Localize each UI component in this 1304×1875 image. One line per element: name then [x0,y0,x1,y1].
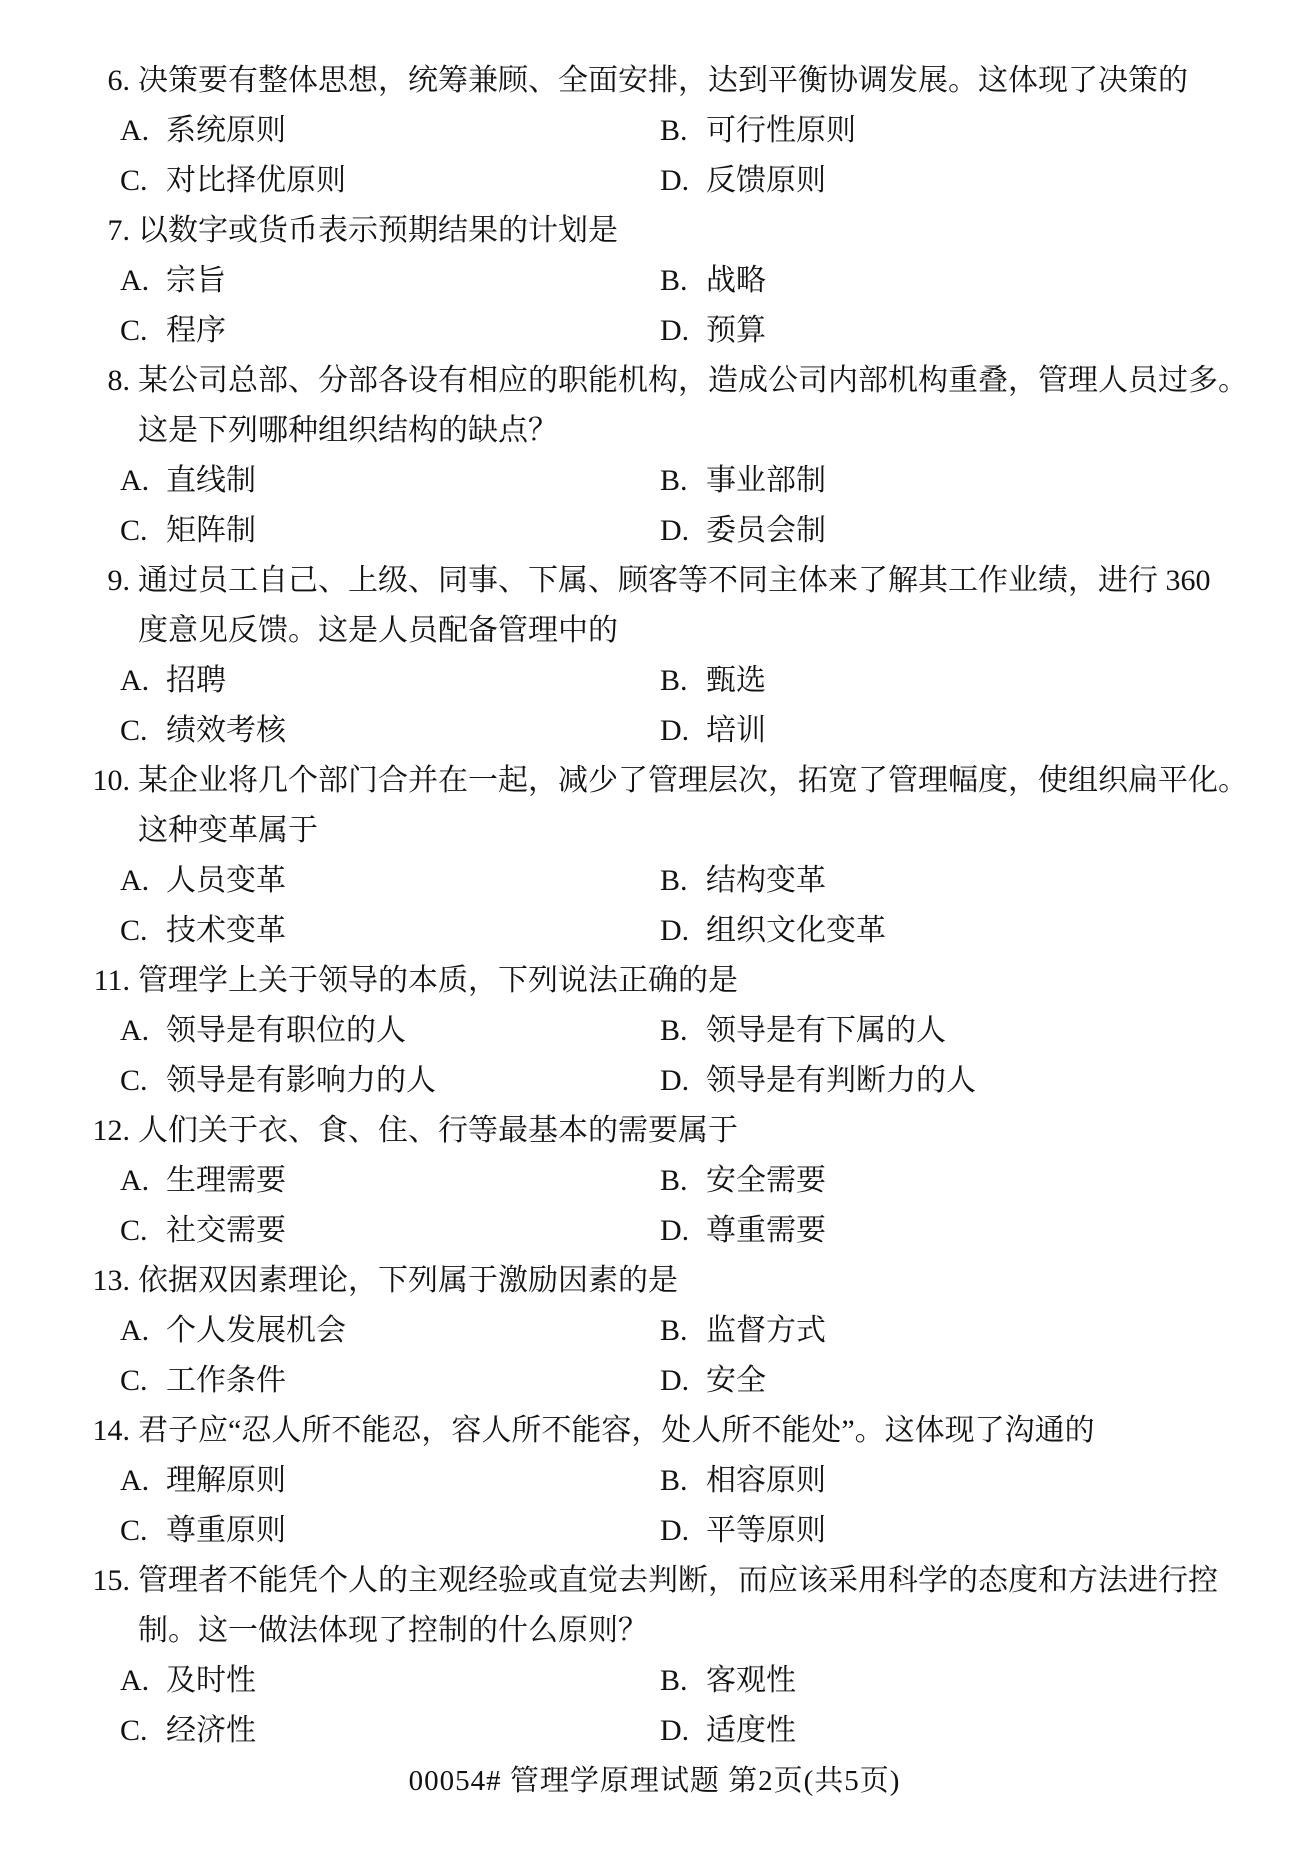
option-text: 结构变革 [706,856,826,906]
question-number: 9. [60,556,130,606]
option-item: A.生理需要 [120,1156,660,1206]
question-stem: 7. 以数字或货币表示预期结果的计划是 [60,206,1249,256]
options-grid: A.直线制 B.事业部制 C.矩阵制 D.委员会制 [120,456,1249,556]
option-item: C.尊重原则 [120,1506,660,1556]
question-number: 11. [60,956,130,1006]
option-item: B.可行性原则 [660,106,1249,156]
stem-line: 这种变革属于 [138,806,1249,856]
option-text: 战略 [706,256,766,306]
option-item: D.预算 [660,306,1249,356]
option-letter: A. [120,1306,166,1356]
question-stem: 6. 决策要有整体思想，统筹兼顾、全面安排，达到平衡协调发展。这体现了决策的 [60,56,1249,106]
option-letter: D. [660,1506,706,1556]
option-letter: D. [660,1056,706,1106]
question-number: 10. [60,756,130,806]
options-grid: A.系统原则 B.可行性原则 C.对比择优原则 D.反馈原则 [120,106,1249,206]
option-item: B.领导是有下属的人 [660,1006,1249,1056]
option-item: A.理解原则 [120,1456,660,1506]
option-item: C.对比择优原则 [120,156,660,206]
option-letter: A. [120,1006,166,1056]
question-stem: 12. 人们关于衣、食、住、行等最基本的需要属于 [60,1106,1249,1156]
option-item: A.系统原则 [120,106,660,156]
option-text: 平等原则 [706,1506,826,1556]
question-item-12: 12. 人们关于衣、食、住、行等最基本的需要属于 A.生理需要 B.安全需要 C… [60,1106,1249,1256]
question-item-7: 7. 以数字或货币表示预期结果的计划是 A.宗旨 B.战略 C.程序 D.预算 [60,206,1249,356]
option-text: 工作条件 [166,1356,286,1406]
stem-lines: 人们关于衣、食、住、行等最基本的需要属于 [138,1106,1249,1156]
option-letter: A. [120,1456,166,1506]
options-grid: A.生理需要 B.安全需要 C.社交需要 D.尊重需要 [120,1156,1249,1256]
option-item: D.培训 [660,706,1249,756]
option-item: A.人员变革 [120,856,660,906]
option-letter: D. [660,506,706,556]
option-letter: D. [660,1356,706,1406]
option-text: 个人发展机会 [166,1306,346,1356]
option-letter: C. [120,1056,166,1106]
stem-lines: 某企业将几个部门合并在一起，减少了管理层次，拓宽了管理幅度，使组织扁平化。 这种… [138,756,1249,856]
option-letter: D. [660,1206,706,1256]
stem-line: 依据双因素理论，下列属于激励因素的是 [138,1256,1249,1306]
option-letter: B. [660,256,706,306]
option-text: 程序 [166,306,226,356]
option-item: D.尊重需要 [660,1206,1249,1256]
stem-lines: 以数字或货币表示预期结果的计划是 [138,206,1249,256]
question-item-10: 10. 某企业将几个部门合并在一起，减少了管理层次，拓宽了管理幅度，使组织扁平化… [60,756,1249,956]
question-number: 13. [60,1256,130,1306]
option-text: 宗旨 [166,256,226,306]
option-item: B.安全需要 [660,1156,1249,1206]
question-number: 7. [60,206,130,256]
stem-lines: 通过员工自己、上级、同事、下属、顾客等不同主体来了解其工作业绩，进行 360 度… [138,556,1249,656]
question-number: 6. [60,56,130,106]
option-letter: B. [660,656,706,706]
stem-lines: 决策要有整体思想，统筹兼顾、全面安排，达到平衡协调发展。这体现了决策的 [138,56,1249,106]
option-item: C.经济性 [120,1706,660,1756]
stem-lines: 管理学上关于领导的本质，下列说法正确的是 [138,956,1249,1006]
option-item: D.平等原则 [660,1506,1249,1556]
option-letter: C. [120,906,166,956]
option-item: B.甄选 [660,656,1249,706]
option-letter: B. [660,106,706,156]
option-letter: C. [120,1706,166,1756]
options-grid: A.宗旨 B.战略 C.程序 D.预算 [120,256,1249,356]
option-letter: C. [120,706,166,756]
option-item: B.事业部制 [660,456,1249,506]
page-footer: 00054# 管理学原理试题 第2页(共5页) [60,1756,1249,1806]
question-stem: 13. 依据双因素理论，下列属于激励因素的是 [60,1256,1249,1306]
option-item: A.宗旨 [120,256,660,306]
option-letter: D. [660,306,706,356]
options-grid: A.理解原则 B.相容原则 C.尊重原则 D.平等原则 [120,1456,1249,1556]
option-text: 领导是有下属的人 [706,1006,946,1056]
option-text: 领导是有影响力的人 [166,1056,436,1106]
stem-line: 这是下列哪种组织结构的缺点？ [138,406,1249,456]
option-letter: A. [120,656,166,706]
option-letter: B. [660,1306,706,1356]
option-text: 客观性 [706,1656,796,1706]
stem-lines: 某公司总部、分部各设有相应的职能机构，造成公司内部机构重叠，管理人员过多。 这是… [138,356,1249,456]
question-stem: 9. 通过员工自己、上级、同事、下属、顾客等不同主体来了解其工作业绩，进行 36… [60,556,1249,656]
option-item: D.组织文化变革 [660,906,1249,956]
stem-line: 制。这一做法体现了控制的什么原则？ [138,1606,1249,1656]
option-item: C.社交需要 [120,1206,660,1256]
option-text: 可行性原则 [706,106,856,156]
stem-line: 管理学上关于领导的本质，下列说法正确的是 [138,956,1249,1006]
option-text: 安全需要 [706,1156,826,1206]
option-letter: B. [660,1456,706,1506]
question-item-11: 11. 管理学上关于领导的本质，下列说法正确的是 A.领导是有职位的人 B.领导… [60,956,1249,1106]
option-item: B.监督方式 [660,1306,1249,1356]
option-item: A.领导是有职位的人 [120,1006,660,1056]
options-grid: A.及时性 B.客观性 C.经济性 D.适度性 [120,1656,1249,1756]
option-text: 理解原则 [166,1456,286,1506]
option-text: 组织文化变革 [706,906,886,956]
question-stem: 8. 某公司总部、分部各设有相应的职能机构，造成公司内部机构重叠，管理人员过多。… [60,356,1249,456]
option-item: D.领导是有判断力的人 [660,1056,1249,1106]
stem-lines: 君子应“忍人所不能忍，容人所不能容，处人所不能处”。这体现了沟通的 [138,1406,1249,1456]
question-item-13: 13. 依据双因素理论，下列属于激励因素的是 A.个人发展机会 B.监督方式 C… [60,1256,1249,1406]
option-item: A.及时性 [120,1656,660,1706]
option-letter: B. [660,1156,706,1206]
options-grid: A.招聘 B.甄选 C.绩效考核 D.培训 [120,656,1249,756]
stem-line: 人们关于衣、食、住、行等最基本的需要属于 [138,1106,1249,1156]
option-item: C.领导是有影响力的人 [120,1056,660,1106]
option-text: 领导是有判断力的人 [706,1056,976,1106]
option-letter: B. [660,1006,706,1056]
option-letter: A. [120,1156,166,1206]
option-text: 尊重需要 [706,1206,826,1256]
option-letter: C. [120,306,166,356]
exam-page: 6. 决策要有整体思想，统筹兼顾、全面安排，达到平衡协调发展。这体现了决策的 A… [0,0,1304,1875]
option-letter: B. [660,856,706,906]
question-stem: 11. 管理学上关于领导的本质，下列说法正确的是 [60,956,1249,1006]
option-letter: D. [660,156,706,206]
option-item: D.适度性 [660,1706,1249,1756]
option-letter: C. [120,506,166,556]
question-item-9: 9. 通过员工自己、上级、同事、下属、顾客等不同主体来了解其工作业绩，进行 36… [60,556,1249,756]
option-item: C.矩阵制 [120,506,660,556]
question-stem: 15. 管理者不能凭个人的主观经验或直觉去判断，而应该采用科学的态度和方法进行控… [60,1556,1249,1656]
option-text: 矩阵制 [166,506,256,556]
option-item: D.安全 [660,1356,1249,1406]
option-item: C.程序 [120,306,660,356]
option-text: 招聘 [166,656,226,706]
stem-line: 君子应“忍人所不能忍，容人所不能容，处人所不能处”。这体现了沟通的 [138,1406,1249,1456]
question-item-6: 6. 决策要有整体思想，统筹兼顾、全面安排，达到平衡协调发展。这体现了决策的 A… [60,56,1249,206]
option-text: 监督方式 [706,1306,826,1356]
option-text: 事业部制 [706,456,826,506]
option-item: D.反馈原则 [660,156,1249,206]
option-letter: C. [120,1206,166,1256]
option-item: A.招聘 [120,656,660,706]
option-letter: A. [120,856,166,906]
option-letter: D. [660,1706,706,1756]
option-item: C.绩效考核 [120,706,660,756]
option-text: 直线制 [166,456,256,506]
option-text: 领导是有职位的人 [166,1006,406,1056]
option-item: C.工作条件 [120,1356,660,1406]
option-letter: C. [120,1356,166,1406]
stem-line: 某公司总部、分部各设有相应的职能机构，造成公司内部机构重叠，管理人员过多。 [138,356,1249,406]
option-text: 适度性 [706,1706,796,1756]
options-grid: A.人员变革 B.结构变革 C.技术变革 D.组织文化变革 [120,856,1249,956]
option-text: 人员变革 [166,856,286,906]
stem-line: 决策要有整体思想，统筹兼顾、全面安排，达到平衡协调发展。这体现了决策的 [138,56,1249,106]
option-item: B.客观性 [660,1656,1249,1706]
option-item: D.委员会制 [660,506,1249,556]
option-item: C.技术变革 [120,906,660,956]
option-letter: A. [120,456,166,506]
option-letter: A. [120,106,166,156]
option-item: B.结构变革 [660,856,1249,906]
option-letter: C. [120,156,166,206]
stem-line: 某企业将几个部门合并在一起，减少了管理层次，拓宽了管理幅度，使组织扁平化。 [138,756,1249,806]
question-number: 14. [60,1406,130,1456]
question-stem: 14. 君子应“忍人所不能忍，容人所不能容，处人所不能处”。这体现了沟通的 [60,1406,1249,1456]
option-item: A.直线制 [120,456,660,506]
question-number: 8. [60,356,130,406]
option-text: 技术变革 [166,906,286,956]
option-text: 培训 [706,706,766,756]
option-text: 对比择优原则 [166,156,346,206]
question-number: 15. [60,1556,130,1606]
option-letter: D. [660,906,706,956]
question-item-15: 15. 管理者不能凭个人的主观经验或直觉去判断，而应该采用科学的态度和方法进行控… [60,1556,1249,1756]
question-item-8: 8. 某公司总部、分部各设有相应的职能机构，造成公司内部机构重叠，管理人员过多。… [60,356,1249,556]
option-letter: A. [120,1656,166,1706]
option-text: 尊重原则 [166,1506,286,1556]
option-text: 社交需要 [166,1206,286,1256]
options-grid: A.领导是有职位的人 B.领导是有下属的人 C.领导是有影响力的人 D.领导是有… [120,1006,1249,1106]
stem-line: 通过员工自己、上级、同事、下属、顾客等不同主体来了解其工作业绩，进行 360 [138,556,1249,606]
option-text: 预算 [706,306,766,356]
stem-line: 以数字或货币表示预期结果的计划是 [138,206,1249,256]
option-text: 生理需要 [166,1156,286,1206]
option-item: A.个人发展机会 [120,1306,660,1356]
option-text: 安全 [706,1356,766,1406]
question-stem: 10. 某企业将几个部门合并在一起，减少了管理层次，拓宽了管理幅度，使组织扁平化… [60,756,1249,856]
option-text: 委员会制 [706,506,826,556]
stem-line: 度意见反馈。这是人员配备管理中的 [138,606,1249,656]
option-text: 经济性 [166,1706,256,1756]
option-letter: B. [660,456,706,506]
option-text: 绩效考核 [166,706,286,756]
option-letter: C. [120,1506,166,1556]
option-text: 甄选 [706,656,766,706]
question-item-14: 14. 君子应“忍人所不能忍，容人所不能容，处人所不能处”。这体现了沟通的 A.… [60,1406,1249,1556]
option-letter: B. [660,1656,706,1706]
option-text: 系统原则 [166,106,286,156]
option-text: 及时性 [166,1656,256,1706]
option-item: B.战略 [660,256,1249,306]
options-grid: A.个人发展机会 B.监督方式 C.工作条件 D.安全 [120,1306,1249,1406]
stem-line: 管理者不能凭个人的主观经验或直觉去判断，而应该采用科学的态度和方法进行控 [138,1556,1249,1606]
option-item: B.相容原则 [660,1456,1249,1506]
option-text: 相容原则 [706,1456,826,1506]
stem-lines: 管理者不能凭个人的主观经验或直觉去判断，而应该采用科学的态度和方法进行控 制。这… [138,1556,1249,1656]
option-letter: D. [660,706,706,756]
question-number: 12. [60,1106,130,1156]
option-letter: A. [120,256,166,306]
stem-lines: 依据双因素理论，下列属于激励因素的是 [138,1256,1249,1306]
option-text: 反馈原则 [706,156,826,206]
